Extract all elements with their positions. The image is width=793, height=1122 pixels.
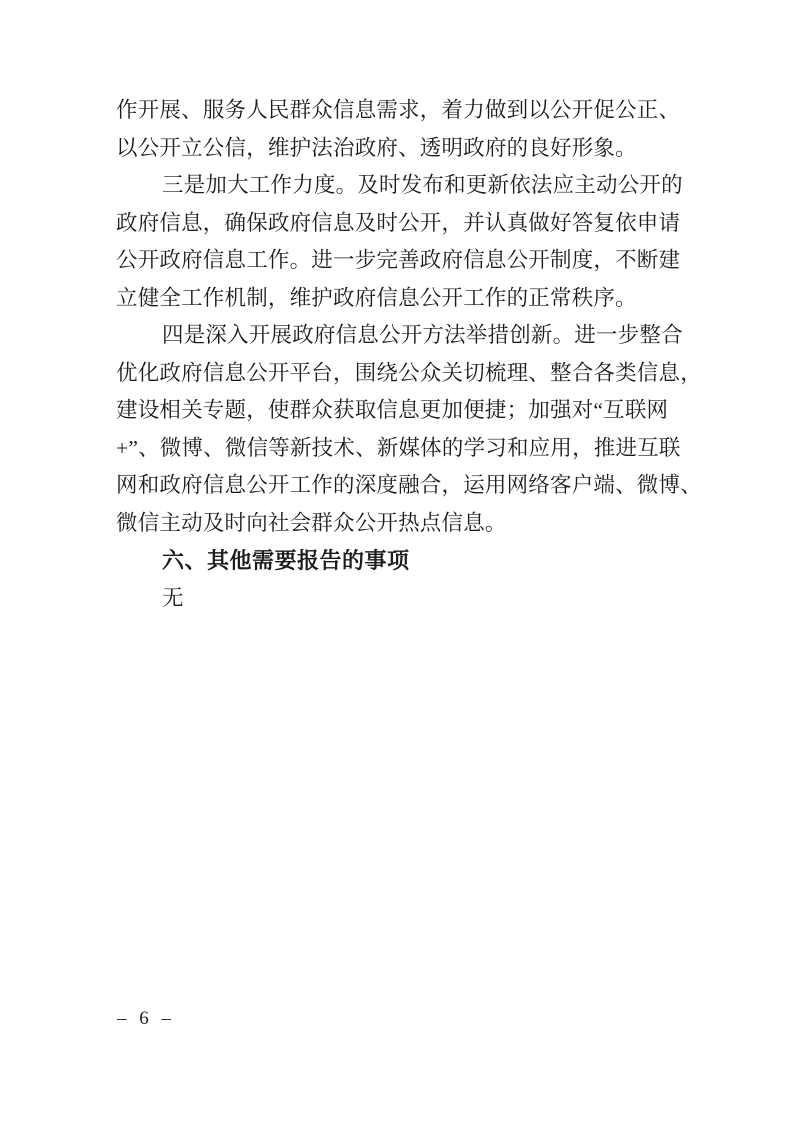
body-line: 优化政府信息公开平台，围绕公众关切梳理、整合各类信息， bbox=[116, 355, 682, 393]
document-page: 作开展、服务人民群众信息需求，着力做到以公开促公正、 以公开立公信，维护法治政府… bbox=[0, 0, 793, 1122]
body-line: 政府信息，确保政府信息及时公开，并认真做好答复依申请 bbox=[116, 205, 682, 243]
body-line: 作开展、服务人民群众信息需求，着力做到以公开促公正、 bbox=[116, 92, 682, 130]
body-line: 立健全工作机制，维护政府信息公开工作的正常秩序。 bbox=[116, 280, 682, 318]
body-line: 建设相关专题，使群众获取信息更加便捷；加强对“互联网 bbox=[116, 392, 682, 430]
document-body: 作开展、服务人民群众信息需求，着力做到以公开促公正、 以公开立公信，维护法治政府… bbox=[116, 92, 682, 617]
body-line: 公开政府信息工作。进一步完善政府信息公开制度，不断建 bbox=[116, 242, 682, 280]
paragraph-start-line: 四是深入开展政府信息公开方法举措创新。进一步整合 bbox=[116, 317, 682, 355]
section-body-text: 无 bbox=[116, 580, 682, 618]
section-heading: 六、其他需要报告的事项 bbox=[116, 542, 682, 580]
body-line: +”、微博、微信等新技术、新媒体的学习和应用，推进互联 bbox=[116, 430, 682, 468]
body-line: 以公开立公信，维护法治政府、透明政府的良好形象。 bbox=[116, 130, 682, 168]
page-number: – 6 – bbox=[117, 1008, 175, 1030]
body-line: 微信主动及时向社会群众公开热点信息。 bbox=[116, 505, 682, 543]
paragraph-start-line: 三是加大工作力度。及时发布和更新依法应主动公开的 bbox=[116, 167, 682, 205]
body-line: 网和政府信息公开工作的深度融合，运用网络客户端、微博、 bbox=[116, 467, 682, 505]
